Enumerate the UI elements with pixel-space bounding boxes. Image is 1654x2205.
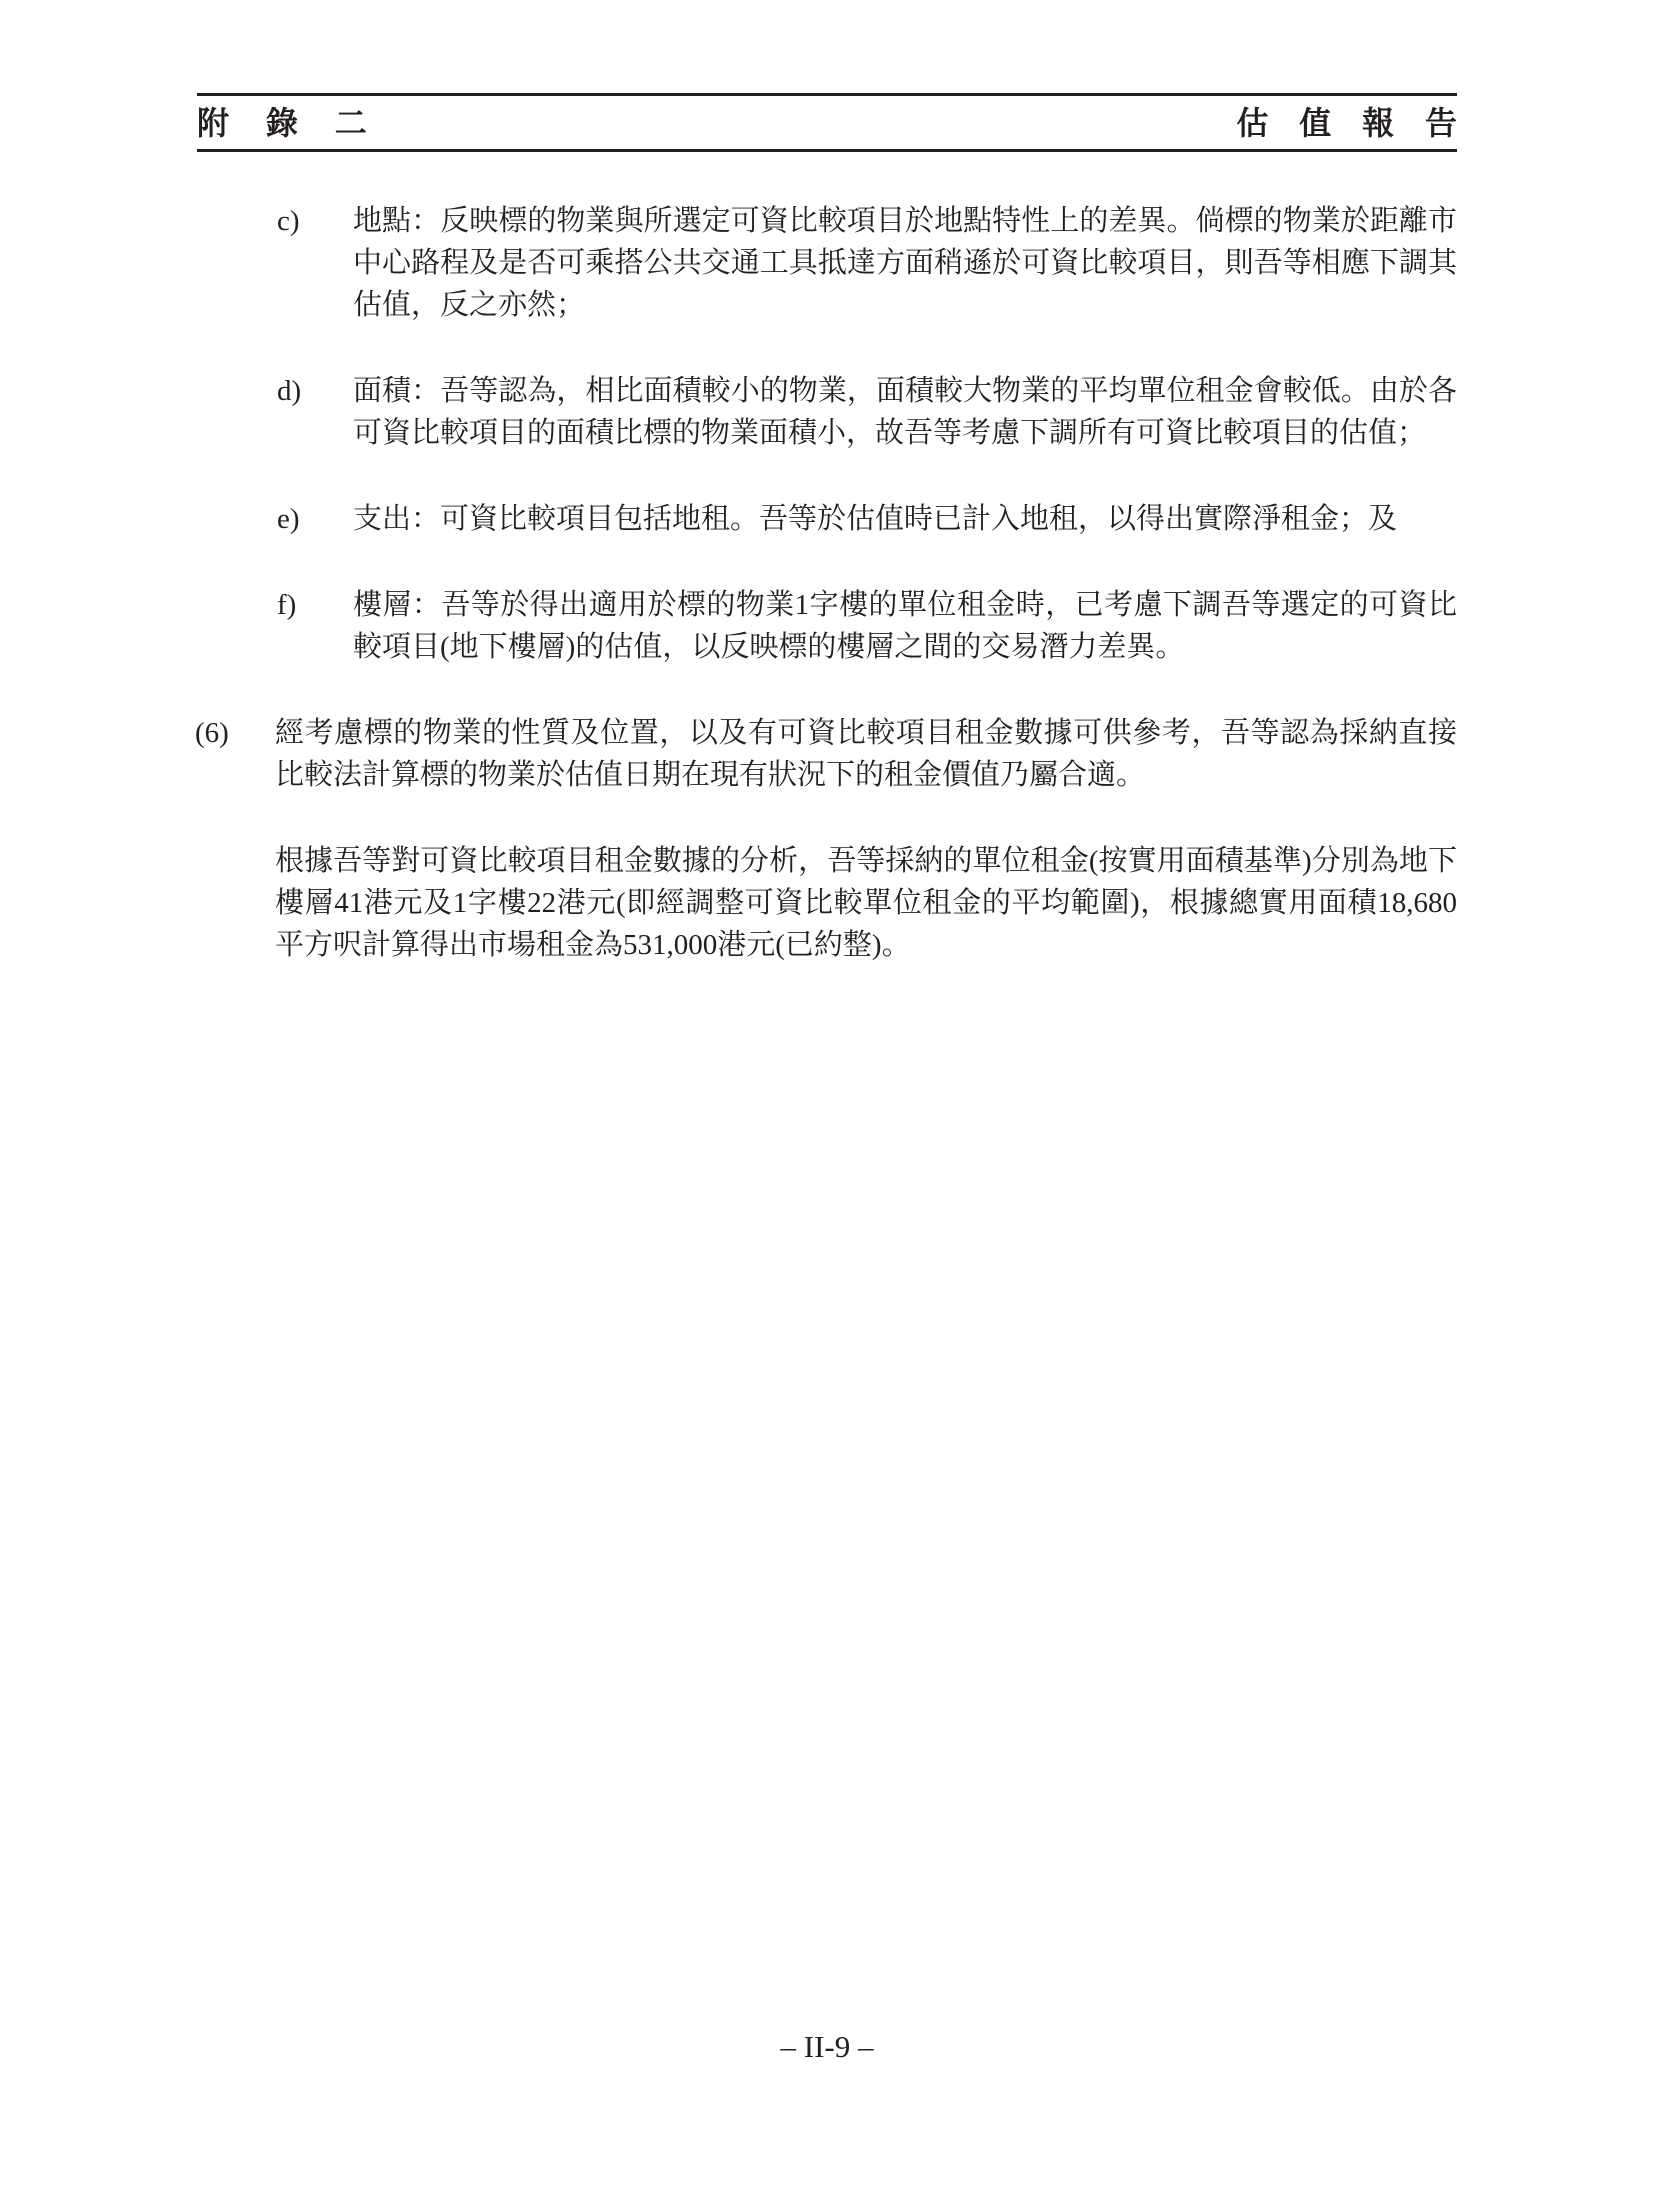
list-item-c: c) 地點：反映標的物業與所選定可資比較項目於地點特性上的差異。倘標的物業於距離… <box>197 200 1457 326</box>
page-footer: – II-9 – <box>197 2026 1457 2068</box>
list-item-e-label: e) <box>277 498 300 540</box>
list-item-d-label: d) <box>277 370 301 412</box>
list-item-f-label: f) <box>277 584 296 626</box>
list-item-c-text: 地點：反映標的物業與所選定可資比較項目於地點特性上的差異。倘標的物業於距離市中心… <box>353 205 1457 321</box>
document-body: c) 地點：反映標的物業與所選定可資比較項目於地點特性上的差異。倘標的物業於距離… <box>197 200 1457 966</box>
document-page: { "header": { "left_title": "附 錄 二", "ri… <box>0 0 1654 2205</box>
list-item-e-text: 支出：可資比較項目包括地租。吾等於估值時已計入地租，以得出實際淨租金；及 <box>353 503 1397 535</box>
list-item-d: d) 面積：吾等認為，相比面積較小的物業，面積較大物業的平均單位租金會較低。由於… <box>197 370 1457 454</box>
list-item-f-text: 樓層：吾等於得出適用於標的物業1字樓的單位租金時，已考慮下調吾等選定的可資比較項… <box>353 589 1457 663</box>
section-6-paragraph-1: 經考慮標的物業的性質及位置，以及有可資比較項目租金數據可供參考，吾等認為採納直接… <box>275 712 1457 796</box>
header-appendix-title: 附 錄 二 <box>197 107 381 139</box>
list-item-c-label: c) <box>277 200 300 242</box>
list-item-d-text: 面積：吾等認為，相比面積較小的物業，面積較大物業的平均單位租金會較低。由於各可資… <box>353 375 1457 449</box>
list-item-f: f) 樓層：吾等於得出適用於標的物業1字樓的單位租金時，已考慮下調吾等選定的可資… <box>197 584 1457 668</box>
section-6-paragraph-2: 根據吾等對可資比較項目租金數據的分析，吾等採納的單位租金(按實用面積基準)分別為… <box>275 840 1457 966</box>
page-number: – II-9 – <box>781 2029 874 2064</box>
section-6: (6) 經考慮標的物業的性質及位置，以及有可資比較項目租金數據可供參考，吾等認為… <box>197 712 1457 966</box>
page-content: 附 錄 二 估 值 報 告 c) 地點：反映標的物業與所選定可資比較項目於地點特… <box>197 93 1457 966</box>
section-6-label: (6) <box>195 712 229 754</box>
list-item-e: e) 支出：可資比較項目包括地租。吾等於估值時已計入地租，以得出實際淨租金；及 <box>197 498 1457 540</box>
header-report-title: 估 值 報 告 <box>1236 107 1468 139</box>
page-header: 附 錄 二 估 值 報 告 <box>197 93 1457 152</box>
